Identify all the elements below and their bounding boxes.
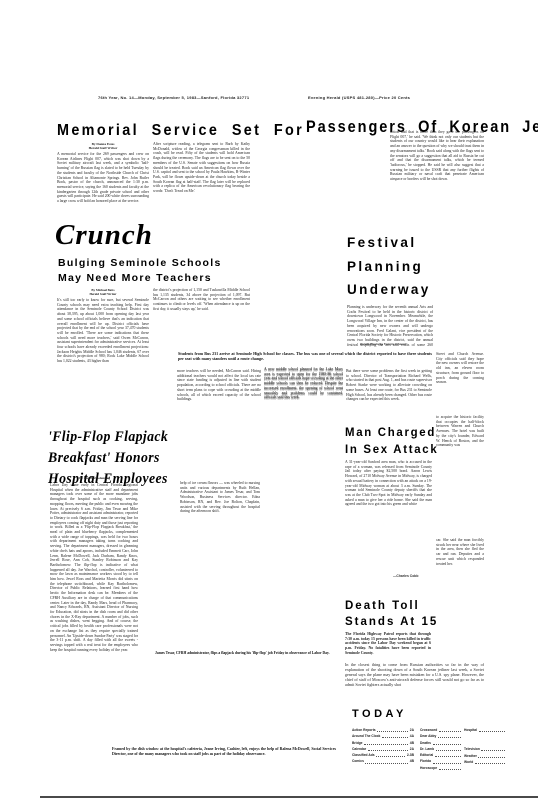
flapjack-photo-caption: James Tesar, CFRH administrator, flips a… — [155, 651, 345, 662]
dotted-leader — [439, 731, 461, 732]
byline-org: Herald Staff Writer — [57, 292, 149, 296]
index-label: World — [464, 759, 473, 765]
schools-kicker: Crunch — [55, 219, 153, 252]
death-toll-headline-line1: Death Toll — [345, 598, 438, 614]
festival-headline-line1: Festival — [347, 231, 431, 255]
dotted-leader — [433, 744, 461, 745]
schools-column-3: more teachers will be needed, McCarron s… — [177, 369, 261, 443]
today-index-col3: Hospital Television Weather World — [464, 727, 506, 765]
dotted-leader — [478, 757, 504, 758]
byline-org: Herald Staff Writer — [57, 146, 149, 150]
index-entry: World — [464, 759, 506, 765]
dotted-leader — [364, 744, 408, 745]
schools-column-4-overprinted: A new middle school planned for the Lake… — [264, 367, 343, 445]
lead-byline: By Donna Estes Herald Staff Writer — [57, 142, 149, 150]
flapjack-column-2: help of ice cream flavors — was wheeled … — [180, 481, 260, 557]
flapjack-column-1: Labor Day came early in Central Florida … — [50, 483, 138, 783]
festival-body-continued-2: to acquire the historic facility that oc… — [436, 415, 484, 473]
death-toll-headline-line2: Stands At 15 — [345, 614, 438, 630]
today-index-title: TODAY — [352, 708, 407, 720]
dotted-leader — [368, 750, 409, 751]
dotted-leader — [377, 731, 408, 732]
sex-attack-headline-line2: In Sex Attack — [345, 441, 438, 458]
korean-brief: In the closest thing to come from Russia… — [345, 662, 484, 697]
schools-headline-line2: May Need More Teachers — [58, 271, 222, 286]
dotted-leader — [365, 763, 408, 764]
index-entry: Comics4B — [352, 758, 414, 764]
dotted-leader — [439, 769, 461, 770]
dotted-leader — [479, 731, 505, 732]
index-entry: Horoscope — [420, 765, 462, 771]
index-label: Hospital — [464, 727, 477, 733]
sex-attack-body-continued: car. She said the man forcibly struck he… — [436, 538, 484, 572]
schools-byline: By Michael Betts Herald Staff Writer — [57, 288, 149, 296]
scan-edge-line — [40, 796, 538, 798]
newspaper-page: 76th Year, No. 14—Monday, September 5, 1… — [0, 0, 538, 800]
dotted-leader — [376, 756, 405, 757]
flapjack-headline-line2: Breakfast' Honors — [48, 448, 168, 469]
lead-column-1: A memorial service for the 269 passenger… — [57, 152, 149, 219]
schools-headline-line1: Bulging Seminole Schools — [58, 256, 222, 271]
sex-attack-headline-line1: Man Charged — [345, 424, 438, 441]
death-toll-body: The Florida Highway Patrol reports that … — [345, 632, 431, 660]
index-page: 4B — [410, 758, 414, 764]
bus-photo-caption: Students from Bus 231 arrive at Seminole… — [178, 351, 432, 364]
flapjack-byline: By Kay Bartholomew — [50, 476, 138, 480]
dish-window-caption: Framed by the dish window at the hospita… — [112, 747, 336, 764]
schools-column-2: the district's projection of 1,150 and T… — [153, 288, 250, 346]
lead-headline-left: Memorial Service Set For — [57, 122, 304, 140]
festival-headline-line2: Planning — [347, 255, 431, 279]
dotted-leader — [382, 737, 408, 738]
dotted-leader — [436, 750, 461, 751]
festival-body: Planning is underway for the seventh ann… — [347, 305, 433, 347]
lead-column-3: action and that is more than they gave t… — [390, 130, 484, 206]
dotted-leader — [438, 737, 461, 738]
today-index-col1: Action Reports2A Around The Clock4A Brid… — [352, 727, 414, 765]
dotted-leader — [435, 756, 461, 757]
sex-attack-body: A 31-year-old Sanford area man, who is a… — [345, 460, 432, 572]
dotted-leader — [433, 763, 461, 764]
flapjack-headline-line1: 'Flip-Flop Flapjack — [48, 427, 168, 448]
dotted-leader — [475, 763, 505, 764]
index-label: Comics — [352, 758, 364, 764]
festival-body-continued: Street and Church Avenue. City officials… — [436, 352, 484, 410]
lead-column-2: After scripture reading, a telegram sent… — [153, 142, 250, 244]
schools-column-1: It's still too early to know for sure, b… — [57, 298, 149, 418]
reporter-credit: —Charles Cobb — [393, 574, 418, 578]
dateline-issue: 76th Year, No. 14—Monday, September 5, 1… — [98, 95, 249, 100]
today-index-col2: Crossword Dear Abby Deaths Dr. Lamb Edit… — [420, 727, 462, 771]
dateline-price: Evening Herald (USPS 481-280)—Price 20 C… — [308, 95, 410, 100]
festival-headline-line3: Underway — [347, 278, 431, 302]
dotted-leader — [481, 750, 504, 751]
index-label: Horoscope — [420, 765, 437, 771]
index-entry: Hospital — [464, 727, 506, 733]
